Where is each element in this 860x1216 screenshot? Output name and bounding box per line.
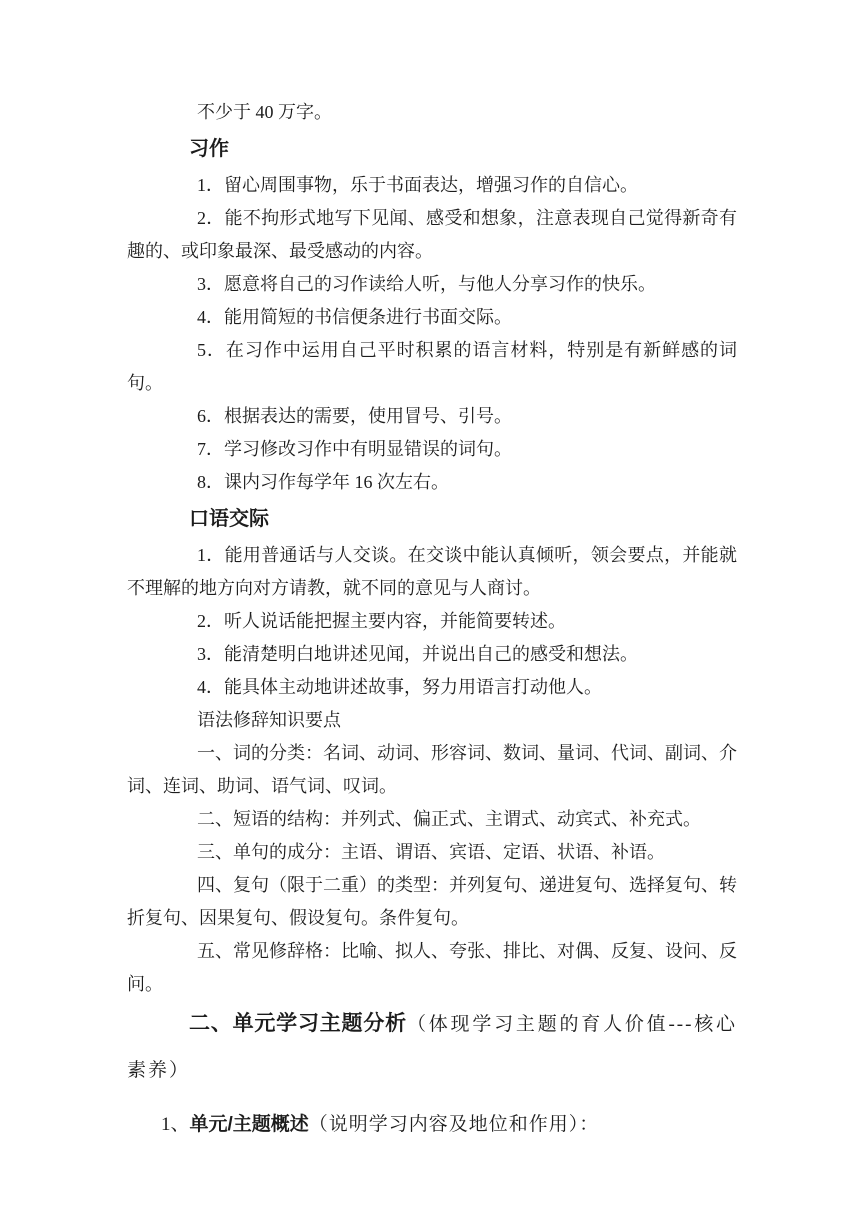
section-heading-unit-analysis: 二、单元学习主题分析（体现学习主题的育人价值---核心素养） [127,1001,737,1094]
xizuo-item-5: 5．在习作中运用自己平时积累的语言材料，特别是有新鲜感的词句。 [127,334,737,400]
xizuo-item-8: 8．课内习作每学年 16 次左右。 [127,466,737,499]
subsection-heading-overview: 1、单元/主题概述（说明学习内容及地位和作用）： [127,1108,737,1142]
xizuo-item-7: 7．学习修改习作中有明显错误的词句。 [127,433,737,466]
heading-kouyu-jiaoji: 口语交际 [127,499,737,539]
grammar-point-2: 二、短语的结构：并列式、偏正式、主谓式、动宾式、补充式。 [127,803,737,836]
kouyu-item-2: 2．听人说话能把握主要内容，并能简要转述。 [127,605,737,638]
grammar-point-4: 四、复句（限于二重）的类型：并列复句、递进复句、选择复句、转折复句、因果复句、假… [127,869,737,935]
xizuo-item-4: 4．能用简短的书信便条进行书面交际。 [127,301,737,334]
subsection-number: 1、 [161,1114,190,1135]
document-page: 不少于 40 万字。 习作 1．留心周围事物，乐于书面表达，增强习作的自信心。 … [0,0,860,1216]
kouyu-item-3: 3．能清楚明白地讲述见闻，并说出自己的感受和想法。 [127,638,737,671]
document-content: 不少于 40 万字。 习作 1．留心周围事物，乐于书面表达，增强习作的自信心。 … [0,0,860,1142]
subsection-paren-note: （说明学习内容及地位和作用）： [309,1114,600,1135]
leading-paragraph: 不少于 40 万字。 [127,96,737,129]
grammar-point-5: 五、常见修辞格：比喻、拟人、夸张、排比、对偶、反复、设问、反问。 [127,935,737,1001]
grammar-point-1: 一、词的分类：名词、动词、形容词、数词、量词、代词、副词、介词、连词、助词、语气… [127,737,737,803]
xizuo-item-6: 6．根据表达的需要，使用冒号、引号。 [127,400,737,433]
heading-xizuo: 习作 [127,129,737,169]
kouyu-item-1: 1．能用普通话与人交谈。在交谈中能认真倾听，领会要点，并能就不理解的地方向对方请… [127,539,737,605]
grammar-point-3: 三、单句的成分：主语、谓语、宾语、定语、状语、补语。 [127,836,737,869]
kouyu-item-4: 4．能具体主动地讲述故事，努力用语言打动他人。 [127,671,737,704]
subsection-bold-text: 单元/主题概述 [190,1114,309,1135]
section-heading-bold-text: 二、单元学习主题分析 [189,1012,407,1035]
xizuo-item-2: 2．能不拘形式地写下见闻、感受和想象，注意表现自己觉得新奇有趣的、或印象最深、最… [127,202,737,268]
xizuo-item-3: 3．愿意将自己的习作读给人听，与他人分享习作的快乐。 [127,268,737,301]
xizuo-item-1: 1．留心周围事物，乐于书面表达，增强习作的自信心。 [127,169,737,202]
grammar-intro: 语法修辞知识要点 [127,704,737,737]
